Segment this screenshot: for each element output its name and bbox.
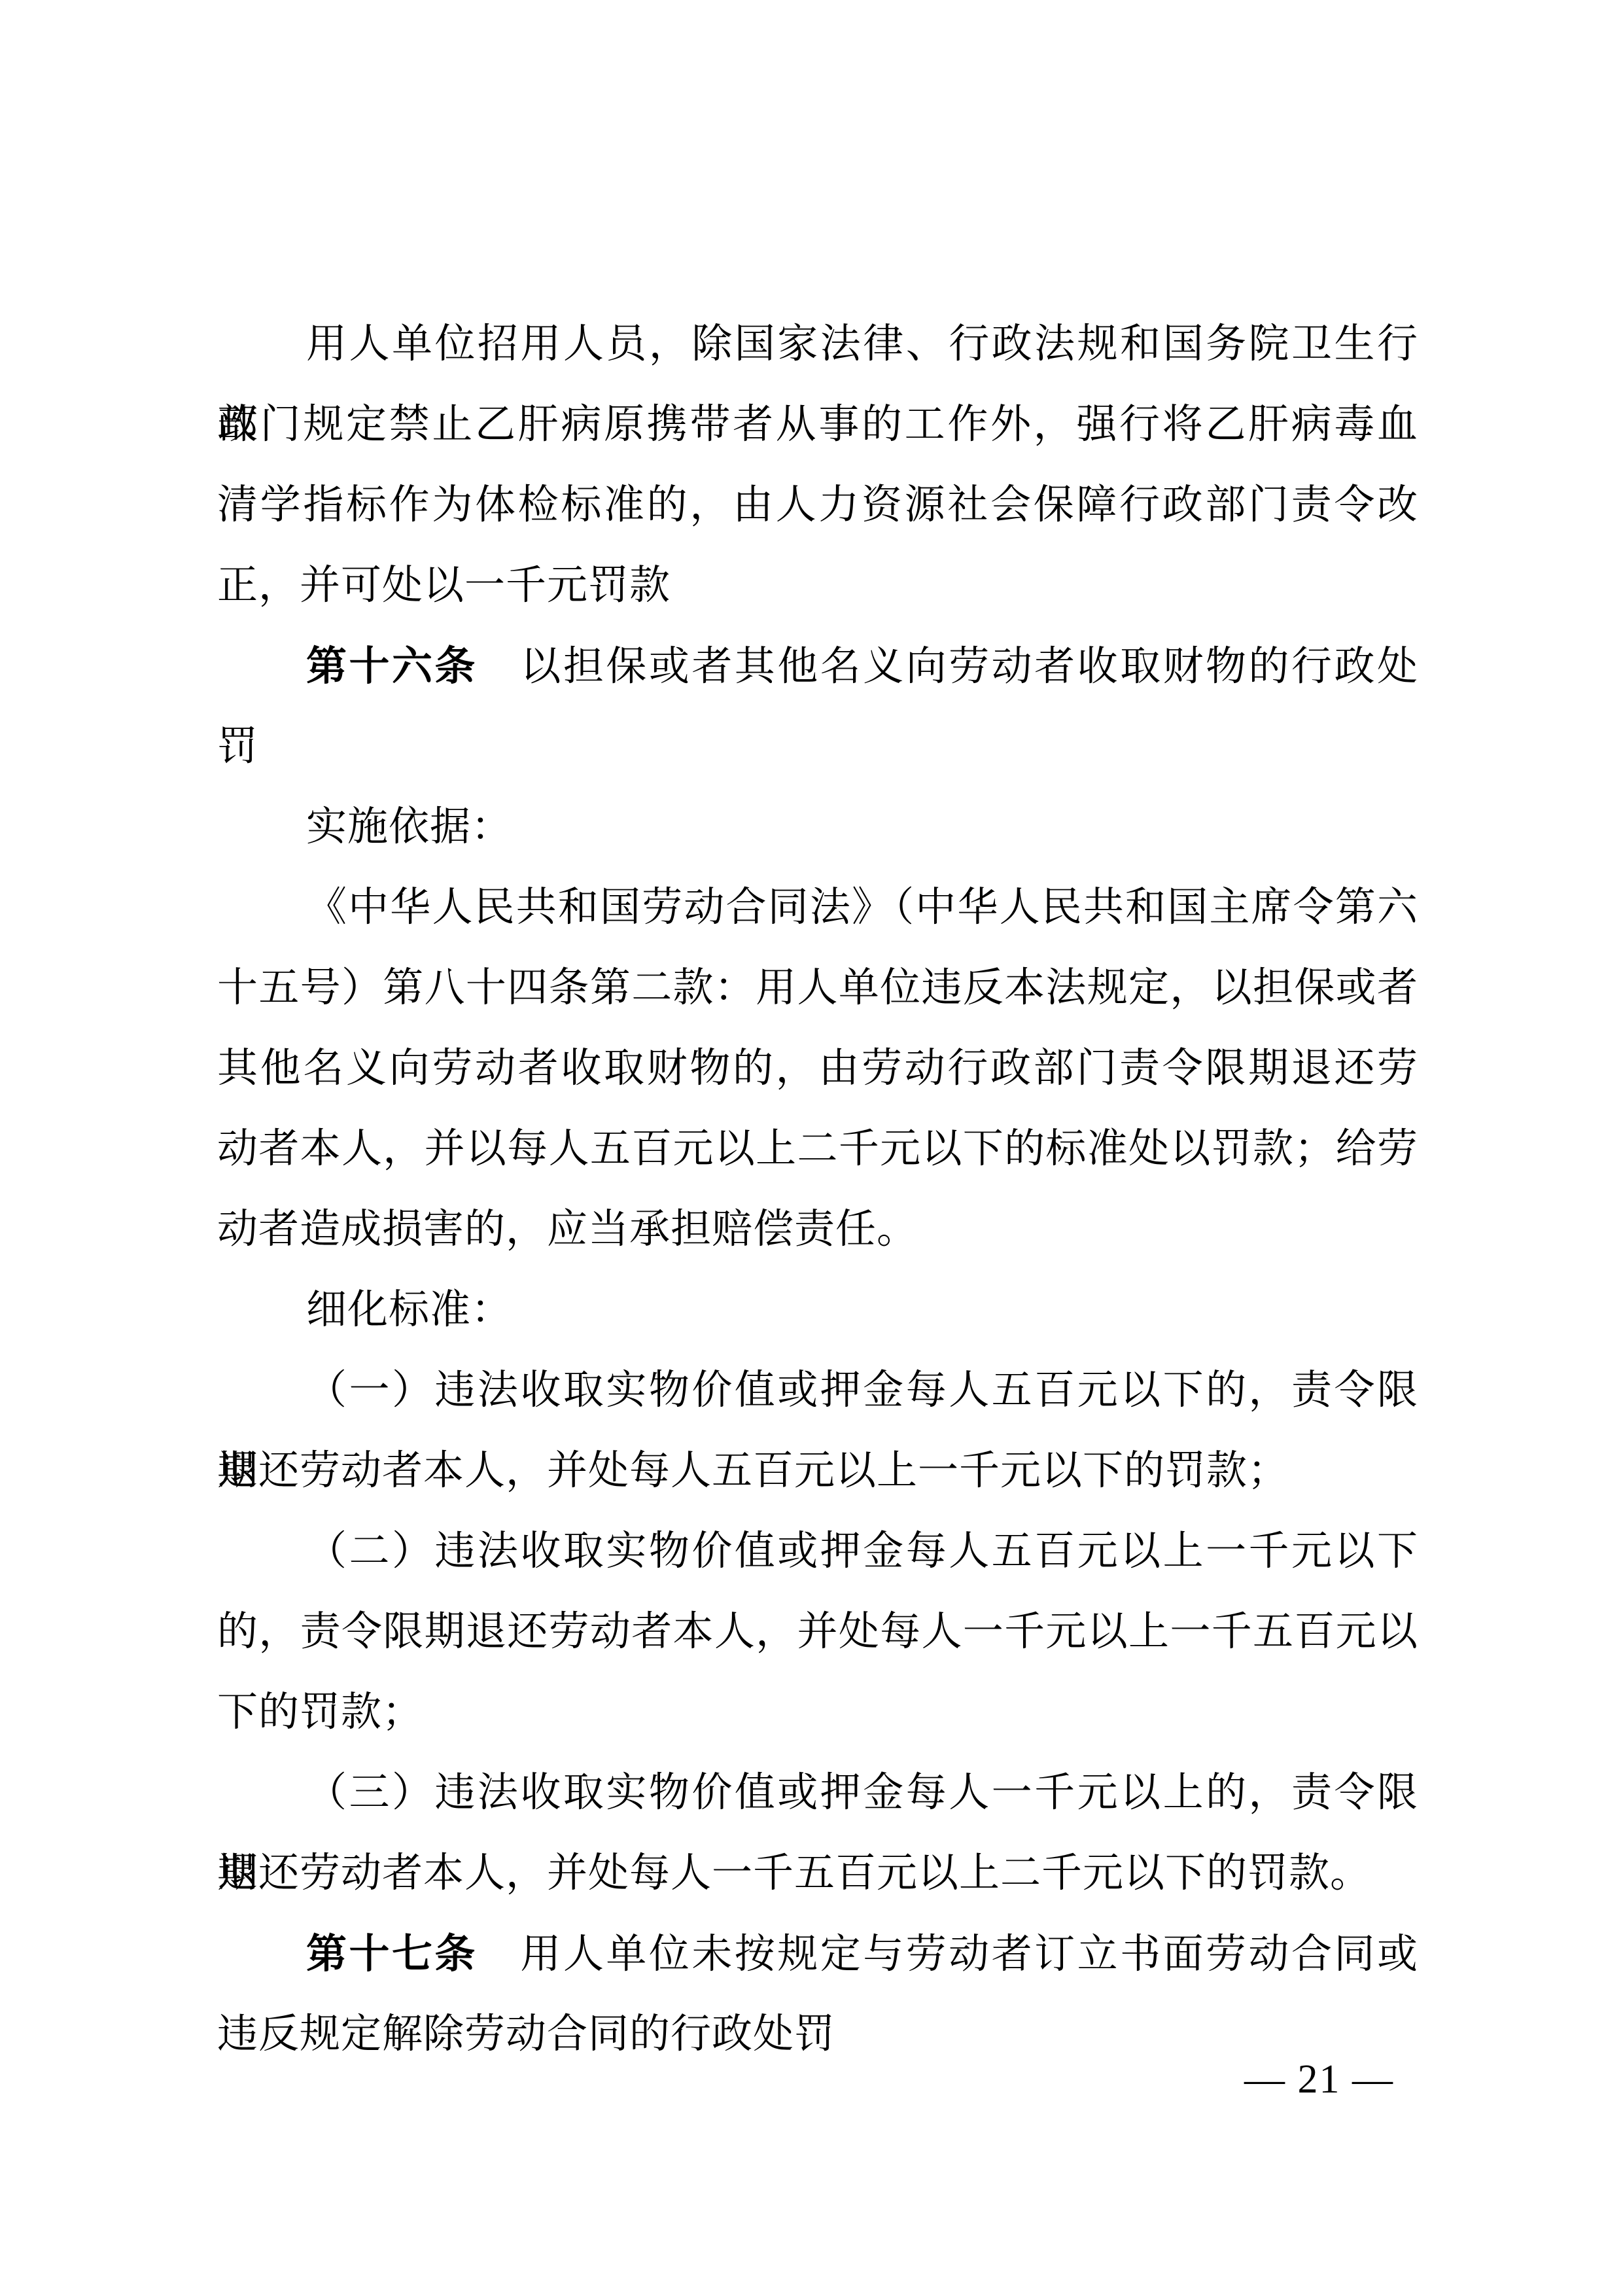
text-run: 其他名义向劳动者收取财物的，由劳动行政部门责令限期退还劳: [217, 1046, 1418, 1091]
text-line: 实施依据：: [217, 787, 1418, 868]
text-line: 罚: [217, 707, 1418, 787]
paragraph: 《中华人民共和国劳动合同法》（中华人民共和国主席令第六十五号）第八十四条第二款：…: [217, 868, 1418, 1270]
text-run: （二）违法收取实物价值或押金每人五百元以上一千元以下: [306, 1529, 1418, 1574]
text-run: 的，责令限期退还劳动者本人，并处每人一千元以上一千五百元以: [217, 1610, 1418, 1654]
document-page: 用人单位招用人员，除国家法律、行政法规和国务院卫生行政部门规定禁止乙肝病原携带者…: [0, 0, 1623, 2296]
paragraph: （一）违法收取实物价值或押金每人五百元以下的，责令限期退还劳动者本人，并处每人五…: [217, 1351, 1418, 1511]
text-line: 的，责令限期退还劳动者本人，并处每人一千元以上一千五百元以: [217, 1592, 1418, 1672]
text-body: 用人单位招用人员，除国家法律、行政法规和国务院卫生行政部门规定禁止乙肝病原携带者…: [217, 304, 1418, 2075]
text-run: 正，并可处以一千元罚款: [217, 563, 671, 608]
paragraph: （二）违法收取实物价值或押金每人五百元以上一千元以下的，责令限期退还劳动者本人，…: [217, 1511, 1418, 1753]
text-run: 《中华人民共和国劳动合同法》（中华人民共和国主席令第六: [306, 885, 1418, 930]
paragraph: 第十六条 以担保或者其他名义向劳动者收取财物的行政处罚: [217, 626, 1418, 787]
text-line: 动者造成损害的，应当承担赔偿责任。: [217, 1190, 1418, 1270]
text-run: 以担保或者其他名义向劳动者收取财物的行政处: [478, 645, 1418, 689]
text-run: 退还劳动者本人，并处每人五百元以上一千元以下的罚款；: [217, 1449, 1289, 1493]
text-line: 第十七条 用人单位未按规定与劳动者订立书面劳动合同或: [217, 1914, 1418, 1994]
text-line: 十五号）第八十四条第二款：用人单位违反本法规定，以担保或者: [217, 948, 1418, 1029]
text-line: 其他名义向劳动者收取财物的，由劳动行政部门责令限期退还劳: [217, 1029, 1418, 1109]
text-line: 退还劳动者本人，并处每人五百元以上一千元以下的罚款；: [217, 1431, 1418, 1511]
text-run: 动者本人，并以每人五百元以上二千元以下的标准处以罚款；给劳: [217, 1127, 1418, 1171]
text-run: 实施依据：: [306, 805, 512, 849]
text-line: 退还劳动者本人，并处每人一千五百元以上二千元以下的罚款。: [217, 1833, 1418, 1914]
text-line: 清学指标作为体检标准的，由人力资源社会保障行政部门责令改: [217, 465, 1418, 546]
text-run: 用人单位未按规定与劳动者订立书面劳动合同或: [478, 1932, 1418, 1977]
paragraph: 细化标准：: [217, 1270, 1418, 1351]
paragraph: （三）违法收取实物价值或押金每人一千元以上的，责令限期退还劳动者本人，并处每人一…: [217, 1753, 1418, 1914]
text-line: 细化标准：: [217, 1270, 1418, 1351]
text-run: 清学指标作为体检标准的，由人力资源社会保障行政部门责令改: [217, 483, 1418, 527]
text-line: （二）违法收取实物价值或押金每人五百元以上一千元以下: [217, 1511, 1418, 1592]
text-line: 第十六条 以担保或者其他名义向劳动者收取财物的行政处: [217, 626, 1418, 707]
article-number-label: 第十六条: [306, 644, 478, 689]
text-run: 下的罚款；: [217, 1690, 423, 1735]
text-line: 下的罚款；: [217, 1672, 1418, 1753]
paragraph: 第十七条 用人单位未按规定与劳动者订立书面劳动合同或违反规定解除劳动合同的行政处…: [217, 1914, 1418, 2075]
text-line: 《中华人民共和国劳动合同法》（中华人民共和国主席令第六: [217, 868, 1418, 948]
text-run: 动者造成损害的，应当承担赔偿责任。: [217, 1207, 918, 1252]
page-number: — 21 —: [1244, 2053, 1394, 2106]
text-line: 部门规定禁止乙肝病原携带者从事的工作外，强行将乙肝病毒血: [217, 385, 1418, 465]
text-run: 罚: [217, 724, 258, 769]
paragraph: 实施依据：: [217, 787, 1418, 868]
text-run: 十五号）第八十四条第二款：用人单位违反本法规定，以担保或者: [217, 966, 1418, 1010]
text-run: 部门规定禁止乙肝病原携带者从事的工作外，强行将乙肝病毒血: [217, 402, 1418, 447]
text-line: 用人单位招用人员，除国家法律、行政法规和国务院卫生行政: [217, 304, 1418, 385]
text-line: （一）违法收取实物价值或押金每人五百元以下的，责令限期: [217, 1351, 1418, 1431]
text-run: 违反规定解除劳动合同的行政处罚: [217, 2012, 835, 2057]
text-line: 违反规定解除劳动合同的行政处罚: [217, 1994, 1418, 2075]
article-number-label: 第十七条: [306, 1932, 478, 1977]
text-run: 细化标准：: [306, 1288, 512, 1332]
text-line: 动者本人，并以每人五百元以上二千元以下的标准处以罚款；给劳: [217, 1109, 1418, 1190]
text-line: 正，并可处以一千元罚款: [217, 546, 1418, 626]
text-line: （三）违法收取实物价值或押金每人一千元以上的，责令限期: [217, 1753, 1418, 1833]
text-run: 退还劳动者本人，并处每人一千五百元以上二千元以下的罚款。: [217, 1851, 1371, 1896]
paragraph: 用人单位招用人员，除国家法律、行政法规和国务院卫生行政部门规定禁止乙肝病原携带者…: [217, 304, 1418, 626]
